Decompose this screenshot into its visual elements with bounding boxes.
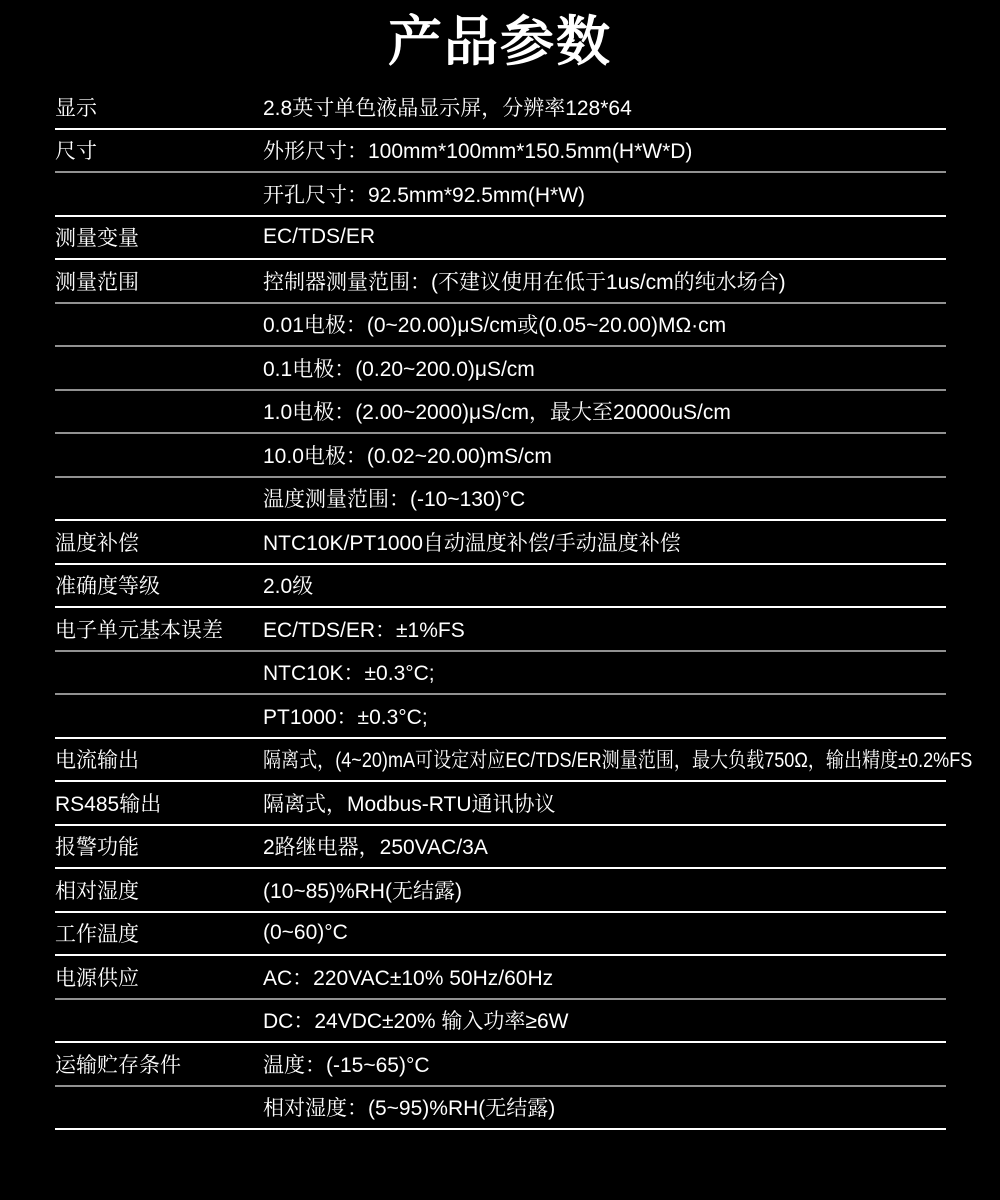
table-row: 报警功能2路继电器，250VAC/3A <box>55 826 946 870</box>
row-label: 尺寸 <box>55 135 263 165</box>
row-label: 准确度等级 <box>55 570 263 600</box>
row-value: NTC10K：±0.3°C; <box>263 657 946 687</box>
table-row: 测量范围控制器测量范围：(不建议使用在低于1us/cm的纯水场合) <box>55 260 946 304</box>
row-value: 0.01电极：(0~20.00)μS/cm或(0.05~20.00)MΩ·cm <box>263 309 946 339</box>
row-label: RS485输出 <box>55 788 263 818</box>
row-value: 隔离式，Modbus-RTU通讯协议 <box>263 788 946 818</box>
row-value: 10.0电极：(0.02~20.00)mS/cm <box>263 440 946 470</box>
row-value: 隔离式，(4~20)mA可设定对应EC/TDS/ER测量范围，最大负载750Ω，… <box>263 744 972 774</box>
table-row: 温度补偿NTC10K/PT1000自动温度补偿/手动温度补偿 <box>55 521 946 565</box>
table-row: 尺寸外形尺寸：100mm*100mm*150.5mm(H*W*D) <box>55 130 946 174</box>
row-label: 电流输出 <box>55 744 263 774</box>
table-row: 开孔尺寸：92.5mm*92.5mm(H*W) <box>55 173 946 217</box>
row-value: 0.1电极：(0.20~200.0)μS/cm <box>263 353 946 383</box>
row-label: 测量变量 <box>55 222 263 252</box>
table-row: 运输贮存条件温度：(-15~65)°C <box>55 1043 946 1087</box>
table-row: 1.0电极：(2.00~2000)μS/cm，最大至20000uS/cm <box>55 391 946 435</box>
row-value: 2.8英寸单色液晶显示屏，分辨率128*64 <box>263 92 946 122</box>
row-label: 相对湿度 <box>55 875 263 905</box>
table-row: 准确度等级2.0级 <box>55 565 946 609</box>
row-label: 测量范围 <box>55 266 263 296</box>
row-value: 温度测量范围：(-10~130)°C <box>263 483 946 513</box>
table-row: 0.01电极：(0~20.00)μS/cm或(0.05~20.00)MΩ·cm <box>55 304 946 348</box>
row-value: 2路继电器，250VAC/3A <box>263 831 946 861</box>
row-value: EC/TDS/ER <box>263 225 946 249</box>
row-value: PT1000：±0.3°C; <box>263 701 946 731</box>
row-label: 电子单元基本误差 <box>55 614 263 644</box>
row-value: NTC10K/PT1000自动温度补偿/手动温度补偿 <box>263 527 946 557</box>
table-row: RS485输出隔离式，Modbus-RTU通讯协议 <box>55 782 946 826</box>
table-row: 相对湿度：(5~95)%RH(无结露) <box>55 1087 946 1131</box>
table-row: 电流输出隔离式，(4~20)mA可设定对应EC/TDS/ER测量范围，最大负载7… <box>55 739 946 783</box>
product-parameters-page: 产品参数 显示2.8英寸单色液晶显示屏，分辨率128*64尺寸外形尺寸：100m… <box>0 0 1000 1200</box>
page-title: 产品参数 <box>0 10 1000 74</box>
table-row: 温度测量范围：(-10~130)°C <box>55 478 946 522</box>
row-value: 控制器测量范围：(不建议使用在低于1us/cm的纯水场合) <box>263 266 946 296</box>
row-label: 运输贮存条件 <box>55 1049 263 1079</box>
table-row: 电源供应AC：220VAC±10% 50Hz/60Hz <box>55 956 946 1000</box>
row-label: 电源供应 <box>55 962 263 992</box>
row-label: 工作温度 <box>55 918 263 948</box>
row-label: 显示 <box>55 92 263 122</box>
row-value: (10~85)%RH(无结露) <box>263 875 946 905</box>
row-value: 开孔尺寸：92.5mm*92.5mm(H*W) <box>263 179 946 209</box>
table-row: PT1000：±0.3°C; <box>55 695 946 739</box>
row-value: 1.0电极：(2.00~2000)μS/cm，最大至20000uS/cm <box>263 396 946 426</box>
row-value: 2.0级 <box>263 570 946 600</box>
table-row: 显示2.8英寸单色液晶显示屏，分辨率128*64 <box>55 86 946 130</box>
row-value: 温度：(-15~65)°C <box>263 1049 946 1079</box>
table-row: 电子单元基本误差EC/TDS/ER：±1%FS <box>55 608 946 652</box>
table-row: 10.0电极：(0.02~20.00)mS/cm <box>55 434 946 478</box>
table-row: NTC10K：±0.3°C; <box>55 652 946 696</box>
table-row: 0.1电极：(0.20~200.0)μS/cm <box>55 347 946 391</box>
spec-table: 显示2.8英寸单色液晶显示屏，分辨率128*64尺寸外形尺寸：100mm*100… <box>55 86 946 1130</box>
table-row: DC：24VDC±20% 输入功率≥6W <box>55 1000 946 1044</box>
row-value: EC/TDS/ER：±1%FS <box>263 614 946 644</box>
table-row: 工作温度(0~60)°C <box>55 913 946 957</box>
table-row: 测量变量EC/TDS/ER <box>55 217 946 261</box>
table-row: 相对湿度(10~85)%RH(无结露) <box>55 869 946 913</box>
row-value: 相对湿度：(5~95)%RH(无结露) <box>263 1092 946 1122</box>
row-value: DC：24VDC±20% 输入功率≥6W <box>263 1005 946 1035</box>
row-value: 外形尺寸：100mm*100mm*150.5mm(H*W*D) <box>263 135 946 165</box>
row-label: 报警功能 <box>55 831 263 861</box>
row-value: AC：220VAC±10% 50Hz/60Hz <box>263 962 946 992</box>
row-label: 温度补偿 <box>55 527 263 557</box>
row-value: (0~60)°C <box>263 921 946 945</box>
